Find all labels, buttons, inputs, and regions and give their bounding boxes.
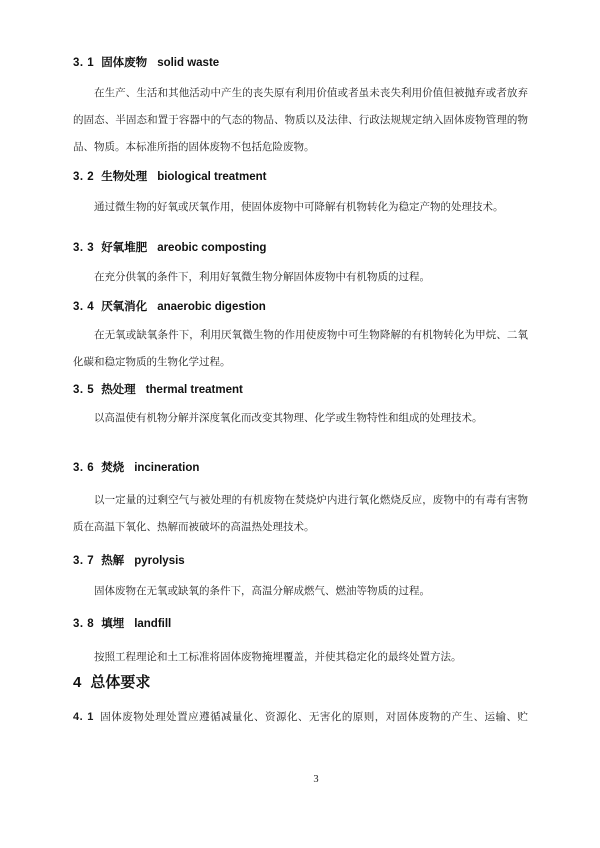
term-section-3-4: 3. 4厌氧消化anaerobic digestion 在无氧或缺氧条件下，利用…	[73, 294, 528, 376]
clause-number: 3. 3	[73, 242, 94, 254]
term-heading: 3. 6焚烧incineration	[73, 455, 528, 482]
clause-4-1: 4. 1固体废物处理处置应遵循减量化、资源化、无害化的原则，对固体废物的产生、运…	[73, 704, 528, 731]
clause-number: 3. 6	[73, 462, 94, 474]
page-content: 3. 1固体废物solid waste 在生产、生活和其他活动中产生的丧失原有利…	[73, 50, 528, 731]
page-number: 3	[16, 772, 600, 788]
clause-number: 4. 1	[73, 711, 94, 723]
clause-number: 3. 7	[73, 555, 94, 567]
document-page: 3. 1固体废物solid waste 在生产、生活和其他活动中产生的丧失原有利…	[0, 0, 600, 848]
term-chinese: 热处理	[101, 384, 136, 396]
term-definition: 以一定量的过剩空气与被处理的有机废物在焚烧炉内进行氧化燃烧反应，废物中的有毒有害…	[73, 487, 528, 541]
term-section-3-8: 3. 8填埋landfill 按照工程理论和土工标准将固体废物掩埋覆盖，并使其稳…	[73, 611, 528, 671]
term-definition: 按照工程理论和土工标准将固体废物掩埋覆盖，并使其稳定化的最终处置方法。	[73, 644, 528, 671]
term-english: incineration	[134, 462, 199, 474]
term-english: landfill	[134, 618, 171, 630]
clause-number: 3. 8	[73, 618, 94, 630]
chapter-heading: 4总体要求	[73, 668, 528, 698]
term-english: solid waste	[157, 57, 219, 69]
term-heading: 3. 1固体废物solid waste	[73, 50, 528, 77]
clause-number: 3. 1	[73, 57, 94, 69]
term-chinese: 热解	[101, 555, 124, 567]
term-chinese: 固体废物	[101, 57, 147, 69]
term-heading: 3. 4厌氧消化anaerobic digestion	[73, 294, 528, 321]
clause-number: 3. 2	[73, 171, 94, 183]
term-english: areobic composting	[157, 242, 266, 254]
term-heading: 3. 3好氧堆肥areobic composting	[73, 235, 528, 262]
term-heading: 3. 7热解pyrolysis	[73, 548, 528, 575]
chapter-title: 总体要求	[90, 674, 150, 691]
term-definition: 通过微生物的好氧或厌氧作用，使固体废物中可降解有机物转化为稳定产物的处理技术。	[73, 194, 528, 221]
term-definition: 在充分供氧的条件下，利用好氧微生物分解固体废物中有机物质的过程。	[73, 264, 528, 291]
term-english: biological treatment	[157, 171, 266, 183]
term-chinese: 厌氧消化	[101, 301, 147, 313]
term-english: pyrolysis	[134, 555, 185, 567]
term-section-3-5: 3. 5热处理thermal treatment 以高温使有机物分解并深度氧化而…	[73, 377, 528, 432]
clause-text: 固体废物处理处置应遵循减量化、资源化、无害化的原则，对固体废物的产生、运输、贮	[100, 712, 528, 723]
clause-number: 3. 5	[73, 384, 94, 396]
clause-number: 3. 4	[73, 301, 94, 313]
term-definition: 固体废物在无氧或缺氧的条件下，高温分解成燃气、燃油等物质的过程。	[73, 578, 528, 605]
term-section-3-3: 3. 3好氧堆肥areobic composting 在充分供氧的条件下，利用好…	[73, 235, 528, 291]
term-heading: 3. 2生物处理biological treatment	[73, 164, 528, 191]
term-section-3-2: 3. 2生物处理biological treatment 通过微生物的好氧或厌氧…	[73, 164, 528, 221]
term-english: anaerobic digestion	[157, 301, 266, 313]
term-heading: 3. 5热处理thermal treatment	[73, 377, 528, 404]
term-definition: 在无氧或缺氧条件下，利用厌氧微生物的作用使废物中可生物降解的有机物转化为甲烷、二…	[73, 322, 528, 376]
term-section-3-6: 3. 6焚烧incineration 以一定量的过剩空气与被处理的有机废物在焚烧…	[73, 455, 528, 541]
term-definition: 在生产、生活和其他活动中产生的丧失原有利用价值或者虽未丧失利用价值但被抛弃或者放…	[73, 80, 528, 161]
term-heading: 3. 8填埋landfill	[73, 611, 528, 638]
term-definition: 以高温使有机物分解并深度氧化而改变其物理、化学或生物特性和组成的处理技术。	[73, 405, 528, 432]
term-chinese: 好氧堆肥	[101, 242, 147, 254]
term-section-3-7: 3. 7热解pyrolysis 固体废物在无氧或缺氧的条件下，高温分解成燃气、燃…	[73, 548, 528, 605]
term-section-3-1: 3. 1固体废物solid waste 在生产、生活和其他活动中产生的丧失原有利…	[73, 50, 528, 161]
term-english: thermal treatment	[146, 384, 243, 396]
term-chinese: 填埋	[101, 618, 124, 630]
term-chinese: 焚烧	[101, 462, 124, 474]
chapter-number: 4	[73, 674, 81, 691]
term-chinese: 生物处理	[101, 171, 147, 183]
